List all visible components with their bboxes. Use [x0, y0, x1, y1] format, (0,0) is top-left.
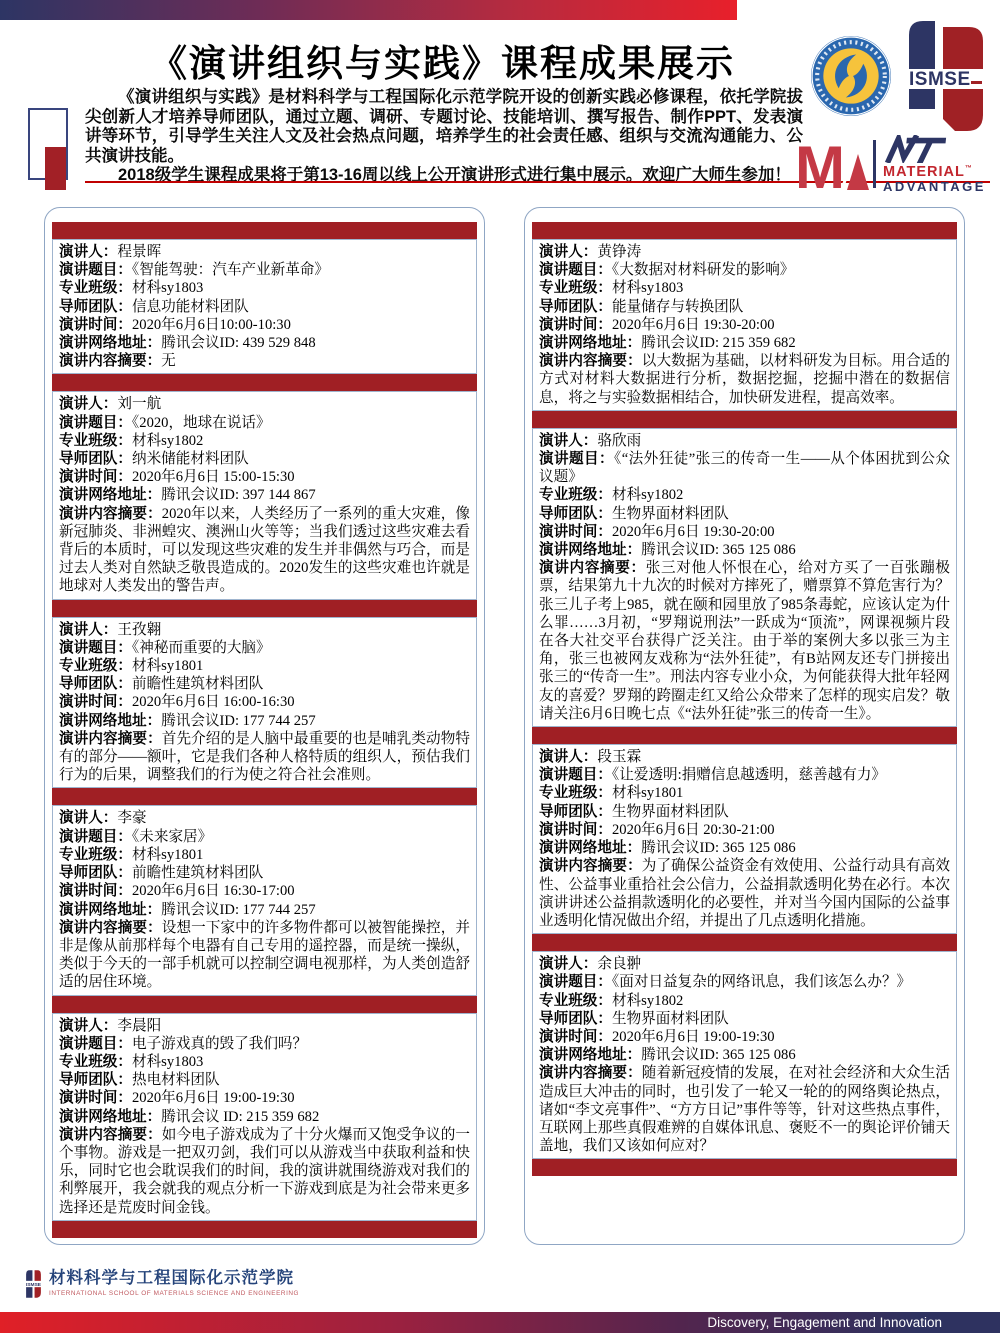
- field-value: 《面对日益复杂的网络讯息，我们该怎么办？》: [612, 974, 911, 990]
- bottom-gradient-bar: Discovery, Engagement and Innovation: [0, 1312, 1000, 1333]
- field-value: 纳米储能材料团队: [132, 451, 249, 467]
- ma-logo: M: [797, 138, 871, 190]
- field-value: 腾讯会议ID: 439 529 848: [161, 335, 315, 351]
- card-field-team: 导师团队：前瞻性建筑材料团队: [59, 864, 470, 882]
- field-label: 导师团队：: [59, 1072, 132, 1088]
- separator-bar: [532, 934, 957, 951]
- field-label: 演讲题目：: [539, 974, 612, 990]
- card-field-class: 专业班级：材科sy1801: [539, 784, 950, 802]
- card-field-team: 导师团队：生物界面材料团队: [539, 803, 950, 821]
- card-field-topic: 演讲题目：《未来家居》: [59, 828, 470, 846]
- field-label: 演讲网络地址：: [59, 1109, 161, 1125]
- card-field-team: 导师团队：前瞻性建筑材料团队: [59, 675, 470, 693]
- card-field-class: 专业班级：材科sy1803: [539, 279, 950, 297]
- separator-bar: [52, 374, 477, 391]
- card-field-team: 导师团队：热电材料团队: [59, 1071, 470, 1089]
- field-value: 腾讯会议ID: 177 744 257: [161, 902, 315, 918]
- field-label: 演讲题目：: [59, 1036, 132, 1052]
- separator-bar: [532, 727, 957, 744]
- speaker-card: 演讲人：王孜翱 演讲题目：《神秘而重要的大脑》 专业班级：材科sy1801 导师…: [52, 617, 477, 789]
- field-value: 《未来家居》: [132, 829, 212, 845]
- card-field-topic: 演讲题目：《大数据对材料研发的影响》: [539, 261, 950, 279]
- field-value: 腾讯会议 ID: 215 359 682: [161, 1109, 319, 1125]
- field-value: 张三对他人怀恨在心，给对方买了一百张蹦极票，结果第九十九次的时候对方摔死了，赠票…: [539, 560, 950, 722]
- field-label: 演讲时间：: [59, 469, 132, 485]
- field-value: 2020年6月6日 19:00-19:30: [612, 1029, 775, 1045]
- field-label: 专业班级：: [539, 280, 612, 296]
- field-label: 演讲网络地址：: [59, 335, 161, 351]
- card-field-time: 演讲时间：2020年6月6日 16:00-16:30: [59, 693, 470, 711]
- separator-bar: [52, 222, 477, 239]
- field-label: 演讲人：: [59, 1018, 117, 1034]
- field-value: 材科sy1803: [132, 280, 203, 296]
- field-value: 骆欣雨: [597, 433, 641, 449]
- trademark-symbol: ™: [965, 165, 973, 172]
- field-value: 材科sy1802: [132, 433, 203, 449]
- card-field-speaker: 演讲人：黄铮涛: [539, 243, 950, 261]
- badge-text: ISMSE: [26, 1282, 42, 1288]
- field-label: 演讲网络地址：: [539, 840, 641, 856]
- field-label: 演讲题目：: [539, 767, 612, 783]
- card-field-address: 演讲网络地址：腾讯会议ID: 365 125 086: [539, 541, 950, 559]
- card-field-topic: 演讲题目：《面对日益复杂的网络讯息，我们该怎么办？》: [539, 973, 950, 991]
- field-value: 2020年6月6日 20:30-21:00: [612, 822, 775, 838]
- wt-glyph-icon: [882, 135, 951, 163]
- field-value: 无: [161, 353, 176, 369]
- card-field-speaker: 演讲人：余良翀: [539, 955, 950, 973]
- field-label: 演讲人：: [539, 749, 597, 765]
- card-field-class: 专业班级：材科sy1802: [59, 432, 470, 450]
- card-field-summary: 演讲内容摘要：无: [59, 352, 470, 370]
- page-title: 《演讲组织与实践》课程成果展示: [85, 33, 800, 87]
- field-label: 演讲题目：: [59, 415, 132, 431]
- card-field-topic: 演讲题目：《让爱透明:捐赠信息越透明，慈善越有力》: [539, 766, 950, 784]
- poster-page: { "header": { "title": "《演讲组织与实践》课程成果展示"…: [0, 0, 1000, 1333]
- intro-paragraph-1: 《演讲组织与实践》是材料科学与工程国际化示范学院开设的创新实践必修课程，依托学院…: [85, 88, 803, 166]
- field-label: 导师团队：: [539, 1011, 612, 1027]
- card-field-team: 导师团队：能量储存与转换团队: [539, 298, 950, 316]
- card-field-time: 演讲时间：2020年6月6日 19:00-19:30: [59, 1089, 470, 1107]
- field-value: 李豪: [117, 810, 146, 826]
- card-field-address: 演讲网络地址：腾讯会议ID: 177 744 257: [59, 901, 470, 919]
- separator-bar: [52, 788, 477, 805]
- card-field-class: 专业班级：材科sy1802: [539, 992, 950, 1010]
- field-value: 2020年6月6日 19:30-20:00: [612, 524, 775, 540]
- footer-slogan: Discovery, Engagement and Innovation: [707, 1315, 942, 1330]
- field-label: 演讲内容摘要：: [539, 858, 642, 874]
- card-field-topic: 演讲题目：电子游戏真的毁了我们吗？: [59, 1035, 470, 1053]
- field-value: 腾讯会议ID: 365 125 086: [641, 840, 795, 856]
- field-value: 2020年6月6日10:00-10:30: [132, 317, 291, 333]
- ma-logo-letter: M: [797, 138, 845, 190]
- field-label: 专业班级：: [59, 433, 132, 449]
- field-label: 演讲内容摘要：: [59, 506, 162, 522]
- field-value: 腾讯会议ID: 215 359 682: [641, 335, 795, 351]
- card-field-address: 演讲网络地址：腾讯会议 ID: 215 359 682: [59, 1108, 470, 1126]
- card-field-summary: 演讲内容摘要：2020年以来，人类经历了一系列的重大灾难，像新冠肺炎、非洲蝗灾、…: [59, 505, 470, 596]
- speaker-card: 演讲人：刘一航 演讲题目：《2020，地球在说话》 专业班级：材科sy1802 …: [52, 391, 477, 599]
- field-value: 段玉霖: [597, 749, 641, 765]
- field-label: 演讲内容摘要：: [539, 1065, 642, 1081]
- field-label: 演讲时间：: [539, 524, 612, 540]
- field-value: 黄铮涛: [597, 244, 641, 260]
- card-field-team: 导师团队：生物界面材料团队: [539, 505, 950, 523]
- field-value: 2020年6月6日 19:00-19:30: [132, 1090, 295, 1106]
- card-field-speaker: 演讲人：程景晖: [59, 243, 470, 261]
- field-label: 演讲内容摘要：: [539, 353, 642, 369]
- field-label: 演讲内容摘要：: [59, 731, 162, 747]
- field-label: 导师团队：: [59, 299, 132, 315]
- field-value: 材科sy1802: [612, 487, 683, 503]
- field-value: 2020年6月6日 19:30-20:00: [612, 317, 775, 333]
- material-word: MATERIAL: [883, 164, 965, 180]
- field-value: 材科sy1801: [132, 847, 203, 863]
- field-label: 导师团队：: [539, 506, 612, 522]
- field-value: 前瞻性建筑材料团队: [132, 865, 263, 881]
- field-label: 演讲网络地址：: [59, 487, 161, 503]
- footer-school-logo: ISMSE 材料科学与工程国际化示范学院 INTERNATIONAL SCHOO…: [24, 1269, 299, 1299]
- field-label: 导师团队：: [539, 299, 612, 315]
- field-value: 李晨阳: [117, 1018, 161, 1034]
- field-label: 演讲时间：: [539, 317, 612, 333]
- card-field-class: 专业班级：材科sy1802: [539, 486, 950, 504]
- footer-school-names: 材料科学与工程国际化示范学院 INTERNATIONAL SCHOOL OF M…: [49, 1269, 299, 1297]
- separator-bar: [532, 411, 957, 428]
- footer-school-name-en: INTERNATIONAL SCHOOL OF MATERIALS SCIENC…: [49, 1290, 299, 1297]
- speaker-card: 演讲人：程景晖 演讲题目：《智能驾驶：汽车产业新革命》 专业班级：材科sy180…: [52, 239, 477, 374]
- card-field-speaker: 演讲人：王孜翱: [59, 621, 470, 639]
- field-value: 腾讯会议ID: 365 125 086: [641, 542, 795, 558]
- field-label: 演讲时间：: [59, 317, 132, 333]
- speaker-card: 演讲人：李晨阳 演讲题目：电子游戏真的毁了我们吗？ 专业班级：材科sy1803 …: [52, 1013, 477, 1221]
- card-field-class: 专业班级：材科sy1801: [59, 846, 470, 864]
- field-value: 材科sy1801: [612, 785, 683, 801]
- speaker-card: 演讲人：余良翀 演讲题目：《面对日益复杂的网络讯息，我们该怎么办？》 专业班级：…: [532, 951, 957, 1159]
- field-label: 演讲内容摘要：: [59, 353, 161, 369]
- card-field-time: 演讲时间：2020年6月6日10:00-10:30: [59, 316, 470, 334]
- field-value: 刘一航: [117, 396, 161, 412]
- field-label: 演讲人：: [539, 433, 597, 449]
- field-value: 电子游戏真的毁了我们吗？: [132, 1036, 307, 1052]
- field-value: 《智能驾驶：汽车产业新革命》: [132, 262, 329, 278]
- field-label: 演讲人：: [59, 810, 117, 826]
- card-field-topic: 演讲题目：《2020，地球在说话》: [59, 414, 470, 432]
- whut-university-logo: [810, 35, 892, 117]
- card-field-time: 演讲时间：2020年6月6日 16:30-17:00: [59, 882, 470, 900]
- ismse-logo: ISMSE: [903, 19, 991, 137]
- field-value: 生物界面材料团队: [612, 1011, 729, 1027]
- field-value: 程景晖: [117, 244, 161, 260]
- advantage-label: ADVANTAGE: [883, 180, 986, 193]
- card-field-time: 演讲时间：2020年6月6日 19:30-20:00: [539, 523, 950, 541]
- field-value: 腾讯会议ID: 365 125 086: [641, 1047, 795, 1063]
- field-label: 导师团队：: [59, 451, 132, 467]
- field-label: 专业班级：: [59, 1054, 132, 1070]
- field-value: 材科sy1803: [132, 1054, 203, 1070]
- field-label: 演讲内容摘要：: [59, 920, 162, 936]
- field-value: 2020年6月6日 15:00-15:30: [132, 469, 295, 485]
- field-label: 演讲时间：: [539, 822, 612, 838]
- separator-bar: [532, 222, 957, 239]
- card-field-address: 演讲网络地址：腾讯会议ID: 439 529 848: [59, 334, 470, 352]
- speaker-card: 演讲人：李豪 演讲题目：《未来家居》 专业班级：材科sy1801 导师团队：前瞻…: [52, 805, 477, 995]
- field-label: 演讲人：: [539, 956, 597, 972]
- field-label: 专业班级：: [539, 785, 612, 801]
- card-field-time: 演讲时间：2020年6月6日 19:00-19:30: [539, 1028, 950, 1046]
- field-label: 演讲内容摘要：: [59, 1127, 162, 1143]
- card-field-time: 演讲时间：2020年6月6日 20:30-21:00: [539, 821, 950, 839]
- field-label: 演讲题目：: [539, 451, 614, 467]
- separator-bar: [52, 1221, 477, 1238]
- field-label: 演讲题目：: [59, 829, 132, 845]
- field-label: 演讲网络地址：: [539, 1047, 641, 1063]
- card-field-team: 导师团队：纳米储能材料团队: [59, 450, 470, 468]
- field-value: 前瞻性建筑材料团队: [132, 676, 263, 692]
- column-left: 演讲人：程景晖 演讲题目：《智能驾驶：汽车产业新革命》 专业班级：材科sy180…: [44, 207, 485, 1245]
- card-field-topic: 演讲题目：《神秘而重要的大脑》: [59, 639, 470, 657]
- field-label: 专业班级：: [59, 658, 132, 674]
- field-value: 《神秘而重要的大脑》: [132, 640, 271, 656]
- card-field-team: 导师团队：信息功能材料团队: [59, 298, 470, 316]
- card-field-speaker: 演讲人：段玉霖: [539, 748, 950, 766]
- card-field-speaker: 演讲人：骆欣雨: [539, 432, 950, 450]
- card-field-time: 演讲时间：2020年6月6日 19:30-20:00: [539, 316, 950, 334]
- field-value: 信息功能材料团队: [132, 299, 249, 315]
- card-field-summary: 演讲内容摘要：为了确保公益资金有效使用、公益行动具有高效性、公益事业重拾社会公信…: [539, 857, 950, 930]
- card-field-summary: 演讲内容摘要：以大数据为基础，以材料研发为目标。用合适的方式对材料大数据进行分析…: [539, 352, 950, 407]
- field-value: 生物界面材料团队: [612, 506, 729, 522]
- field-label: 专业班级：: [539, 993, 612, 1009]
- card-field-summary: 演讲内容摘要：设想一下家中的许多物件都可以被智能操控，并非是像从前那样每个电器有…: [59, 919, 470, 992]
- card-field-topic: 演讲题目：《智能驾驶：汽车产业新革命》: [59, 261, 470, 279]
- field-label: 演讲时间：: [59, 694, 132, 710]
- field-label: 演讲人：: [59, 244, 117, 260]
- field-label: 专业班级：: [59, 280, 132, 296]
- field-label: 演讲内容摘要：: [539, 560, 646, 576]
- separator-bar: [52, 600, 477, 617]
- field-label: 导师团队：: [59, 676, 132, 692]
- field-value: 《让爱透明:捐赠信息越透明，慈善越有力》: [612, 767, 886, 783]
- field-label: 演讲网络地址：: [59, 902, 161, 918]
- decor-red-rectangle: [45, 147, 66, 190]
- field-value: 生物界面材料团队: [612, 804, 729, 820]
- footer-school-name-cn: 材料科学与工程国际化示范学院: [49, 1269, 299, 1288]
- field-value: 腾讯会议ID: 397 144 867: [161, 487, 315, 503]
- card-field-speaker: 演讲人：李豪: [59, 809, 470, 827]
- separator-bar: [532, 1159, 957, 1176]
- ismse-badge-icon: ISMSE: [24, 1269, 43, 1299]
- speaker-card: 演讲人：骆欣雨 演讲题目：《“法外狂徒”张三的传奇一生——从个体困扰到公众议题》…: [532, 428, 957, 727]
- card-field-speaker: 演讲人：李晨阳: [59, 1017, 470, 1035]
- field-value: 《大数据对材料研发的影响》: [612, 262, 794, 278]
- field-value: 能量储存与转换团队: [612, 299, 743, 315]
- material-advantage-logo-row: M MATERIAL™ ADVANTAGE: [797, 137, 995, 191]
- field-label: 导师团队：: [59, 865, 132, 881]
- field-value: 腾讯会议ID: 177 744 257: [161, 713, 315, 729]
- field-value: 王孜翱: [117, 622, 161, 638]
- field-value: 材科sy1802: [612, 993, 683, 1009]
- field-value: 材科sy1801: [132, 658, 203, 674]
- card-field-class: 专业班级：材科sy1803: [59, 1053, 470, 1071]
- field-label: 演讲时间：: [59, 1090, 132, 1106]
- column-right: 演讲人：黄铮涛 演讲题目：《大数据对材料研发的影响》 专业班级：材科sy1803…: [524, 207, 965, 1245]
- card-field-class: 专业班级：材科sy1803: [59, 279, 470, 297]
- card-field-class: 专业班级：材科sy1801: [59, 657, 470, 675]
- field-label: 演讲人：: [59, 396, 117, 412]
- logo-divider-line: [873, 140, 876, 188]
- card-field-summary: 演讲内容摘要：随着新冠疫情的发展，在对社会经济和大众生活造成巨大冲击的同时，也引…: [539, 1064, 950, 1155]
- field-label: 演讲网络地址：: [59, 713, 161, 729]
- field-value: 热电材料团队: [132, 1072, 220, 1088]
- field-value: 余良翀: [597, 956, 641, 972]
- field-label: 演讲题目：: [59, 262, 132, 278]
- card-field-summary: 演讲内容摘要：如今电子游戏成为了十分火爆而又饱受争议的一个事物。游戏是一把双刃剑…: [59, 1126, 470, 1217]
- card-field-address: 演讲网络地址：腾讯会议ID: 215 359 682: [539, 334, 950, 352]
- card-field-address: 演讲网络地址：腾讯会议ID: 397 144 867: [59, 486, 470, 504]
- card-field-address: 演讲网络地址：腾讯会议ID: 365 125 086: [539, 839, 950, 857]
- card-field-speaker: 演讲人：刘一航: [59, 395, 470, 413]
- field-label: 演讲题目：: [59, 640, 132, 656]
- field-value: 材科sy1803: [612, 280, 683, 296]
- field-label: 专业班级：: [59, 847, 132, 863]
- card-field-address: 演讲网络地址：腾讯会议ID: 177 744 257: [59, 712, 470, 730]
- field-value: 2020年6月6日 16:00-16:30: [132, 694, 295, 710]
- field-label: 演讲网络地址：: [539, 542, 641, 558]
- card-field-team: 导师团队：生物界面材料团队: [539, 1010, 950, 1028]
- speaker-card: 演讲人：段玉霖 演讲题目：《让爱透明:捐赠信息越透明，慈善越有力》 专业班级：材…: [532, 744, 957, 934]
- top-gradient-bar: [0, 0, 737, 20]
- ismse-logo-text: ISMSE: [909, 69, 971, 90]
- field-value: 2020年6月6日 16:30-17:00: [132, 883, 295, 899]
- field-label: 专业班级：: [539, 487, 612, 503]
- field-label: 演讲时间：: [539, 1029, 612, 1045]
- field-label: 演讲时间：: [59, 883, 132, 899]
- field-label: 演讲网络地址：: [539, 335, 641, 351]
- field-value: 《2020，地球在说话》: [132, 415, 271, 431]
- card-field-topic: 演讲题目：《“法外狂徒”张三的传奇一生——从个体困扰到公众议题》: [539, 450, 950, 486]
- field-label: 演讲人：: [59, 622, 117, 638]
- card-field-summary: 演讲内容摘要：首先介绍的是人脑中最重要的也是哺乳类动物特有的部分——额叶，它是我…: [59, 730, 470, 785]
- intro-text: 《演讲组织与实践》是材料科学与工程国际化示范学院开设的创新实践必修课程，依托学院…: [85, 88, 803, 186]
- speaker-card: 演讲人：黄铮涛 演讲题目：《大数据对材料研发的影响》 专业班级：材科sy1803…: [532, 239, 957, 411]
- separator-bar: [52, 996, 477, 1013]
- card-field-time: 演讲时间：2020年6月6日 15:00-15:30: [59, 468, 470, 486]
- field-label: 演讲人：: [539, 244, 597, 260]
- wt-material-advantage-logo: MATERIAL™ ADVANTAGE: [883, 135, 986, 194]
- card-field-address: 演讲网络地址：腾讯会议ID: 365 125 086: [539, 1046, 950, 1064]
- field-label: 演讲题目：: [539, 262, 612, 278]
- material-label: MATERIAL™: [883, 165, 973, 180]
- field-label: 导师团队：: [539, 804, 612, 820]
- card-field-summary: 演讲内容摘要：张三对他人怀恨在心，给对方买了一百张蹦极票，结果第九十九次的时候对…: [539, 559, 950, 723]
